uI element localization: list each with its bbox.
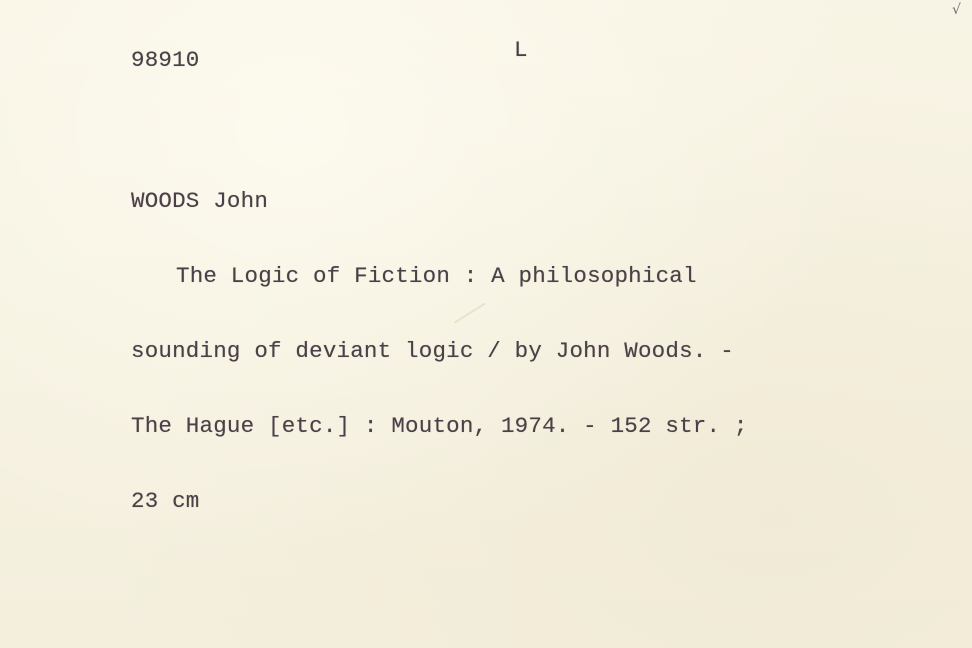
bibliographic-entry: WOODS John The Logic of Fiction : A phil… [131,139,748,564]
author-heading: WOODS John [131,189,748,214]
dimensions-line: 23 cm [131,489,748,514]
subtitle-line: sounding of deviant logic / by John Wood… [131,339,748,364]
catalog-card: 98910 L √ WOODS John The Logic of Fictio… [0,0,972,648]
pencil-tick-icon: √ [952,2,964,22]
location-mark: L [514,38,528,63]
title-line: The Logic of Fiction : A philosophical [131,264,748,289]
publication-line: The Hague [etc.] : Mouton, 1974. - 152 s… [131,414,748,439]
call-number: 98910 [131,48,200,73]
